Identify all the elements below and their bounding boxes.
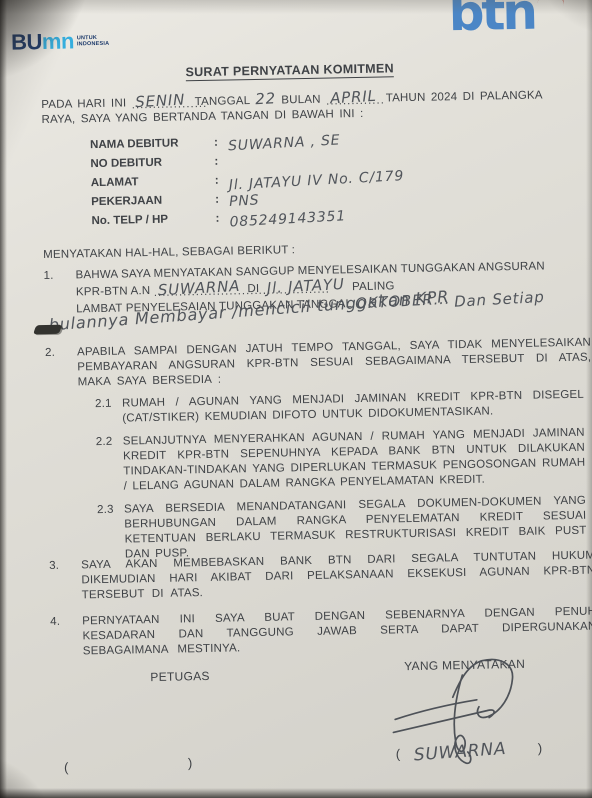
- item-number: 2.1: [95, 397, 122, 413]
- handwritten-date: 22: [255, 91, 276, 107]
- item2-2-body: SELANJUTNYA MENYERAHKAN AGUNAN / RUMAH Y…: [123, 427, 586, 493]
- document-content: BUMN UNTUK INDONESIA btn SURAT PERNYATAA…: [0, 0, 592, 798]
- item-number: 4.: [50, 614, 82, 630]
- handwritten-field-value: 085249143351: [229, 208, 346, 230]
- item4-body: PERNYATAAN INI SAYA BUAT DENGAN SEBENARN…: [82, 606, 592, 658]
- signature-drawing: [388, 653, 550, 774]
- handwritten-field-value: PNS: [229, 192, 260, 210]
- field-label: ALAMAT: [91, 175, 215, 189]
- btn-logo: btn: [448, 0, 569, 45]
- field-label: PEKERJAAN: [91, 194, 215, 208]
- item-number: 2.: [45, 345, 77, 361]
- item-number: 3.: [49, 558, 81, 574]
- intro-seg1: PADA HARI INI: [41, 97, 126, 111]
- bumn-tagline: UNTUK INDONESIA: [77, 35, 110, 48]
- bumn-logo: BUMN UNTUK INDONESIA: [11, 30, 110, 54]
- handwritten-month: APRIL: [326, 89, 381, 107]
- item2-1-body: RUMAH / AGUNAN YANG MENJADI JAMINAN KRED…: [122, 389, 584, 425]
- item-number: 1.: [43, 269, 53, 284]
- ink-smudge: [33, 325, 62, 335]
- bumn-wordmark: BUMN: [11, 30, 74, 53]
- fill-month: ..............APRIL: [326, 90, 381, 108]
- statement-item-4: 4.PERNYATAAN INI SAYA BUAT DENGAN SEBENA…: [50, 605, 592, 660]
- item-number: 2.3: [97, 503, 124, 519]
- field-label: No. TELP / HP: [91, 213, 215, 227]
- item3-body: SAYA AKAN MEMBEBASKAN BANK BTN DARI SEGA…: [81, 550, 592, 602]
- handwritten-extra-1: Dan Setiap: [453, 290, 544, 310]
- field-colon: :: [215, 212, 229, 224]
- handwritten-field-value: SUWARNA , SE: [228, 132, 341, 154]
- intro-paragraph: PADA HARI INI ..................SENIN TA…: [41, 86, 557, 128]
- left-paren-open: (: [64, 760, 69, 775]
- statement-item-2: 2.APABILA SAMPAI DENGAN JATUH TEMPO TANG…: [45, 336, 592, 391]
- item2-body: APABILA SAMPAI DENGAN JATUH TEMPO TANGGA…: [77, 337, 591, 389]
- fill-debtor-name: ...........................SUWARNA: [154, 280, 245, 299]
- field-colon: :: [214, 155, 228, 167]
- item-number: 2.2: [96, 435, 123, 451]
- document-title: SURAT PERNYATAAN KOMITMEN: [0, 56, 586, 85]
- field-colon: :: [215, 174, 229, 186]
- bumn-wordmark-part1: BU: [11, 29, 42, 55]
- officer-label: PETUGAS: [150, 669, 210, 684]
- btn-wordmark: btn: [448, 0, 569, 43]
- item1-seg-a: KPR-BTN A.N: [76, 285, 151, 298]
- bumn-tagline-line2: INDONESIA: [77, 41, 109, 48]
- handwritten-day: SENIN: [131, 92, 190, 110]
- handwritten-place: Jl. JATAYU: [262, 277, 349, 297]
- intro-seg3: BULAN: [281, 94, 321, 107]
- statement-item-2-1: 2.1RUMAH / AGUNAN YANG MENJADI JAMINAN K…: [95, 388, 584, 427]
- field-colon: :: [215, 193, 229, 205]
- fill-day: ..................SENIN: [132, 93, 190, 111]
- debtor-fields: NAMA DEBITUR : SUWARNA , SE NO DEBITUR :…: [90, 133, 405, 234]
- statement-item-3: 3.SAYA AKAN MEMBEBASKAN BANK BTN DARI SE…: [49, 549, 592, 604]
- field-colon: :: [214, 136, 228, 148]
- left-paren-close: ): [188, 755, 193, 770]
- intro-seg4: TAHUN 2024 DI PALANGKA: [386, 89, 543, 104]
- field-label: NAMA DEBITUR: [90, 137, 214, 151]
- bumn-wordmark-part2: MN: [42, 28, 74, 54]
- statement-heading: MENYATAKAN HAL-HAL, SEBAGAI BERIKUT :: [43, 243, 295, 263]
- scanned-document-photo: BUMN UNTUK INDONESIA btn SURAT PERNYATAA…: [0, 0, 592, 798]
- field-label: NO DEBITUR: [90, 156, 214, 170]
- statement-item-2-2: 2.2SELANJUTNYA MENYERAHKAN AGUNAN / RUMA…: [96, 426, 586, 495]
